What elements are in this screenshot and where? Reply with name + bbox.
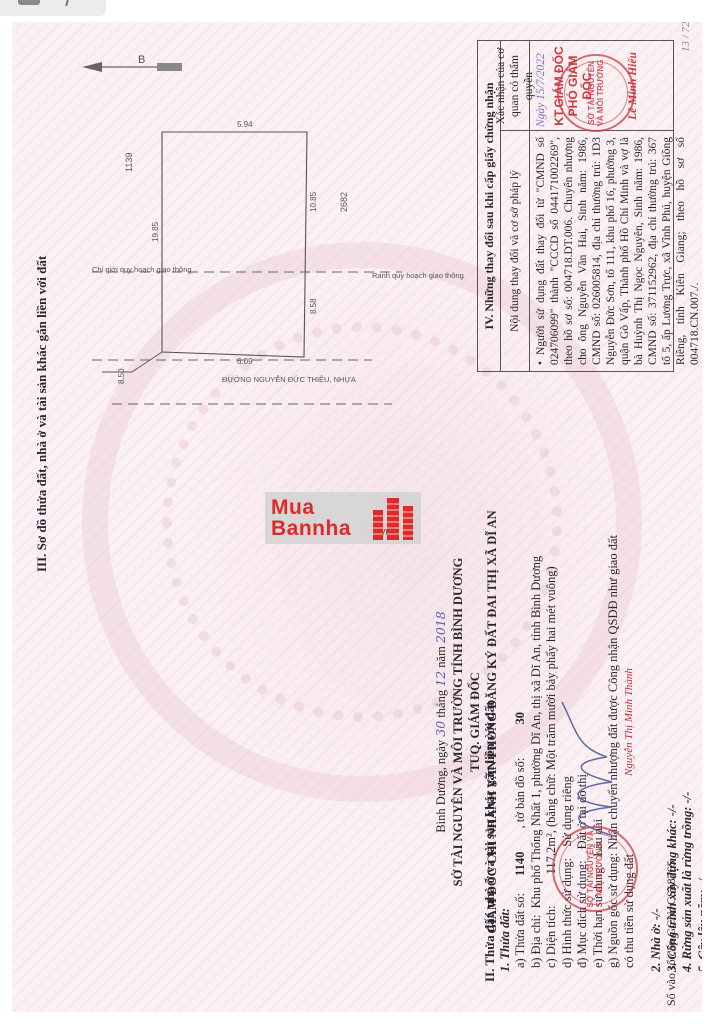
perennial-line: 5. Cây lâu năm: -/- bbox=[696, 522, 703, 972]
gcn-entry-number: Số vào sổ cấp GCN: CS18765 bbox=[664, 860, 679, 1006]
svg-text:1139: 1139 bbox=[124, 153, 134, 172]
issue-date: Bình Dương, ngày 30 tháng 12 năm 2018 bbox=[432, 482, 450, 962]
svg-text:Chỉ giới quy hoạch giao thông: Chỉ giới quy hoạch giao thông bbox=[92, 265, 192, 274]
confirmation-date: Ngày 15/7/2022 bbox=[530, 41, 552, 131]
back-icon[interactable] bbox=[18, 0, 40, 5]
house-line: 2. Nhà ở: -/- bbox=[649, 522, 665, 972]
watermark-logo: Mua Bannha .vn bbox=[265, 492, 421, 544]
svg-text:8.58: 8.58 bbox=[309, 298, 318, 314]
year-label: năm bbox=[434, 646, 448, 668]
svg-text:6.09: 6.09 bbox=[237, 357, 253, 366]
watermark-line2: Bannha bbox=[271, 518, 351, 539]
svg-text:5.94: 5.94 bbox=[237, 120, 253, 129]
north-arrow-icon: B bbox=[82, 54, 182, 72]
svg-text:Ranh quy hoạch giao thông: Ranh quy hoạch giao thông bbox=[372, 271, 464, 280]
month-label: tháng bbox=[434, 690, 448, 718]
parcel-sketch: B 5.94 19.85 10.85 8.58 6.09 8.50 1139 2… bbox=[72, 32, 412, 412]
buildings-icon bbox=[371, 496, 415, 540]
svg-text:10.85: 10.85 bbox=[309, 191, 318, 212]
issue-year: 2018 bbox=[433, 611, 448, 643]
date-prefix: Bình Dương, ngày bbox=[434, 740, 448, 833]
parcel-diagram: B 5.94 19.85 10.85 8.58 6.09 8.50 1139 2… bbox=[72, 32, 412, 412]
forest-line: 4. Rừng sản xuất là rừng trồng: -/- bbox=[680, 522, 696, 972]
svg-text:B: B bbox=[138, 54, 145, 66]
svg-text:8.50: 8.50 bbox=[117, 368, 126, 384]
app-chrome-tab[interactable] bbox=[0, 0, 106, 16]
issue-day: 30 bbox=[433, 721, 448, 737]
issue-month: 12 bbox=[433, 671, 448, 687]
svg-text:19.85: 19.85 bbox=[151, 221, 160, 242]
corner-handwritten-note: 13 / 72 bbox=[680, 22, 692, 52]
changes-column: Nội dung thay đổi và cơ sở pháp lý • Ngư… bbox=[500, 130, 673, 371]
changes-column-header: Nội dung thay đổi và cơ sở pháp lý bbox=[500, 131, 530, 371]
section-3-heading: III. Sơ đồ thửa đất, nhà ở và tài sản kh… bbox=[34, 256, 50, 572]
confirmation-stamp-icon: SỞ TÀI NGUYÊN VÀ MÔI TRƯỜNG bbox=[557, 54, 635, 132]
watermark-line1: Mua bbox=[271, 497, 315, 518]
issuing-org: SỞ TÀI NGUYÊN VÀ MÔI TRƯỜNG TỈNH BÌNH DƯ… bbox=[450, 482, 467, 962]
confirmation-column-header: Xác nhận của cơ quan có thẩm quyền bbox=[500, 41, 530, 131]
svg-text:2682: 2682 bbox=[339, 192, 349, 212]
svg-text:ĐƯỜNG NGUYỄN ĐỨC THIỆU, NHỰA: ĐƯỜNG NGUYỄN ĐỨC THIỆU, NHỰA bbox=[222, 375, 356, 384]
signature-scribble-icon bbox=[557, 692, 627, 842]
divider bbox=[65, 0, 69, 6]
issuing-office: GIÁM ĐỐC CHI NHÁNH VĂN PHÒNG ĐĂNG KÝ ĐẤT… bbox=[484, 482, 501, 962]
change-entry: • Người sử dụng đất thay đổi từ "CMND số… bbox=[530, 131, 702, 371]
authorization: TUQ. GIÁM ĐỐC bbox=[467, 482, 484, 962]
